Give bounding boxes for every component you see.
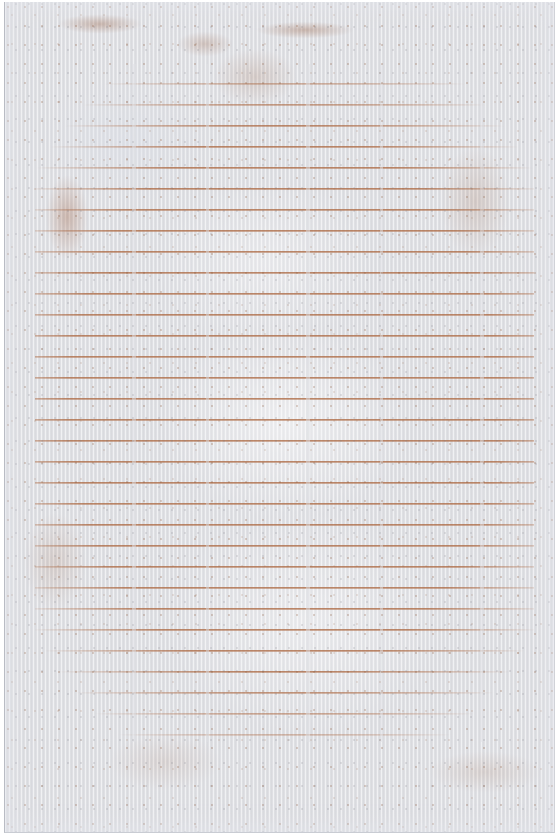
rug-border (5, 2, 554, 832)
rug-product-photo (4, 2, 555, 833)
